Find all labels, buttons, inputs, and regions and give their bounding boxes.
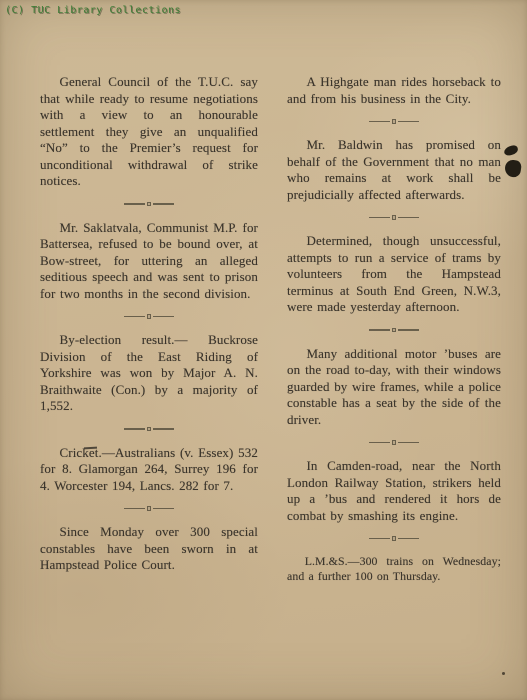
- divider-dot: [392, 215, 397, 220]
- divider-dash: [153, 508, 174, 510]
- news-paragraph-saklatvala: Mr. Saklatvala, Communist M.P. for Batte…: [40, 220, 258, 303]
- divider-dash: [369, 121, 390, 123]
- news-paragraph-special-constables: Since Monday over 300 special constables…: [40, 524, 258, 574]
- section-divider: [117, 314, 181, 319]
- section-divider: [362, 440, 426, 445]
- news-paragraph-trams: Determined, though unsuccessful, attempt…: [287, 233, 501, 316]
- divider-dash: [398, 329, 419, 331]
- divider-dash: [398, 538, 419, 540]
- divider-dot: [392, 119, 397, 124]
- divider-dash: [398, 442, 419, 444]
- news-paragraph-lms-trains: L.M.&S.—300 trains on Wednesday; and a f…: [287, 554, 501, 584]
- section-divider: [117, 427, 181, 432]
- news-paragraph-by-election: By-election result.— Buckrose Division o…: [40, 332, 258, 415]
- divider-dash: [153, 316, 174, 318]
- section-divider: [117, 202, 181, 207]
- divider-dash: [124, 428, 145, 430]
- news-paragraph-motor-buses: Many additional motor ’buses are on the …: [287, 346, 501, 429]
- divider-dash: [398, 217, 419, 219]
- news-paragraph-tuc-council: General Council of the T.U.C. say that w…: [40, 74, 258, 190]
- scanned-newspaper-page: (C) TUC Library Collections General Coun…: [0, 0, 527, 700]
- section-divider: [362, 328, 426, 333]
- left-column: General Council of the T.U.C. say that w…: [40, 74, 258, 584]
- right-column: A Highgate man rides horseback to and fr…: [287, 74, 501, 584]
- divider-dot: [147, 314, 152, 319]
- divider-dot: [147, 427, 152, 432]
- divider-dash: [398, 121, 419, 123]
- divider-dash: [369, 538, 390, 540]
- news-paragraph-highgate: A Highgate man rides horseback to and fr…: [287, 74, 501, 107]
- news-paragraph-cricket: Cricket.—Australians (v. Essex) 532 for …: [40, 445, 258, 495]
- divider-dash: [369, 329, 390, 331]
- divider-dash: [153, 428, 174, 430]
- news-paragraph-camden-road: In Camden-road, near the North London Ra…: [287, 458, 501, 524]
- divider-dot: [147, 506, 152, 511]
- divider-dash: [124, 508, 145, 510]
- section-divider: [362, 536, 426, 541]
- news-columns: General Council of the T.U.C. say that w…: [0, 0, 527, 584]
- divider-dash: [369, 217, 390, 219]
- divider-dot: [147, 202, 152, 207]
- ink-speck: [502, 672, 505, 675]
- divider-dot: [392, 328, 397, 333]
- news-paragraph-baldwin: Mr. Baldwin has promised on behalf of th…: [287, 137, 501, 203]
- divider-dash: [153, 203, 174, 205]
- section-divider: [362, 215, 426, 220]
- divider-dot: [392, 536, 397, 541]
- divider-dash: [124, 316, 145, 318]
- divider-dot: [392, 440, 397, 445]
- divider-dash: [369, 442, 390, 444]
- section-divider: [362, 119, 426, 124]
- section-divider: [117, 506, 181, 511]
- divider-dash: [124, 203, 145, 205]
